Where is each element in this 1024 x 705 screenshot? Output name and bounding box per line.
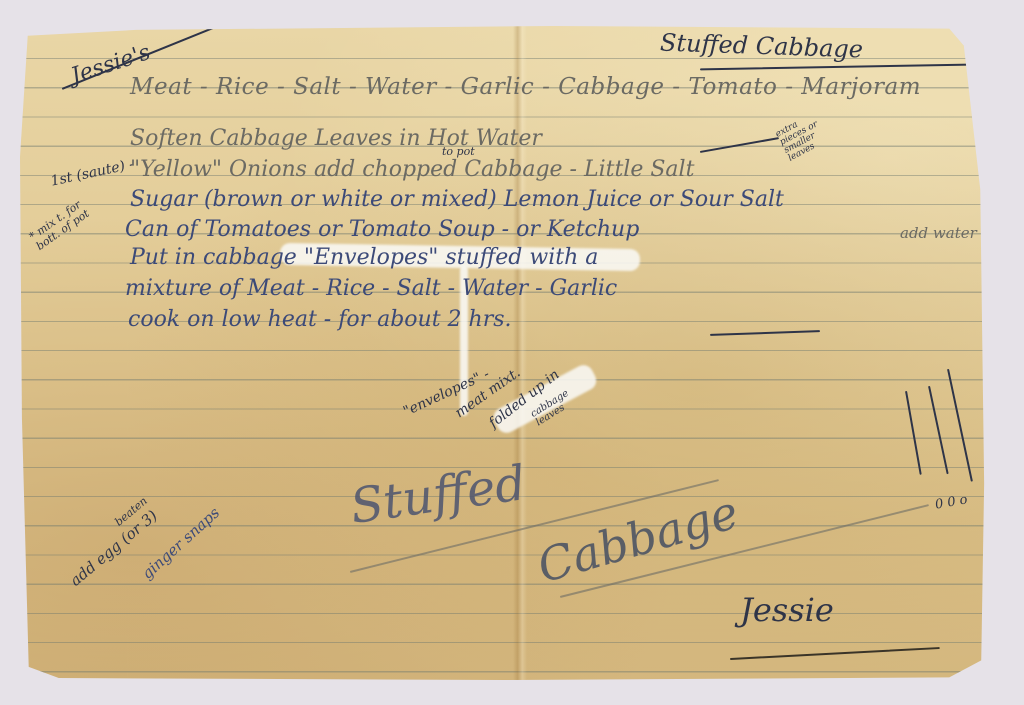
to-pot-note: to pot xyxy=(442,146,475,157)
instruction-line-7: cook on low heat - for about 2 hrs. xyxy=(128,309,512,331)
add-water-note: add water xyxy=(900,226,977,241)
paper-fold-crease xyxy=(513,26,527,680)
ingredients-line: Meat - Rice - Salt - Water - Garlic - Ca… xyxy=(130,76,921,99)
recipe-title: Stuffed Cabbage xyxy=(660,30,864,61)
instruction-line-6: mixture of Meat - Rice - Salt - Water - … xyxy=(125,278,617,300)
recipe-paper: Jessie's Stuffed Cabbage Meat - Rice - S… xyxy=(20,26,988,680)
ruled-lines xyxy=(20,26,988,680)
instruction-line-4: Can of Tomatoes or Tomato Soup - or Ketc… xyxy=(125,219,639,241)
instruction-line-5: Put in cabbage "Envelopes" stuffed with … xyxy=(130,247,598,269)
instruction-line-1: Soften Cabbage Leaves in Hot Water xyxy=(130,128,542,150)
signature-bottom: Jessie xyxy=(740,594,834,626)
instruction-line-2: "Yellow" Onions add chopped Cabbage - Li… xyxy=(130,159,694,181)
instruction-line-3: Sugar (brown or white or mixed) Lemon Ju… xyxy=(130,189,784,211)
